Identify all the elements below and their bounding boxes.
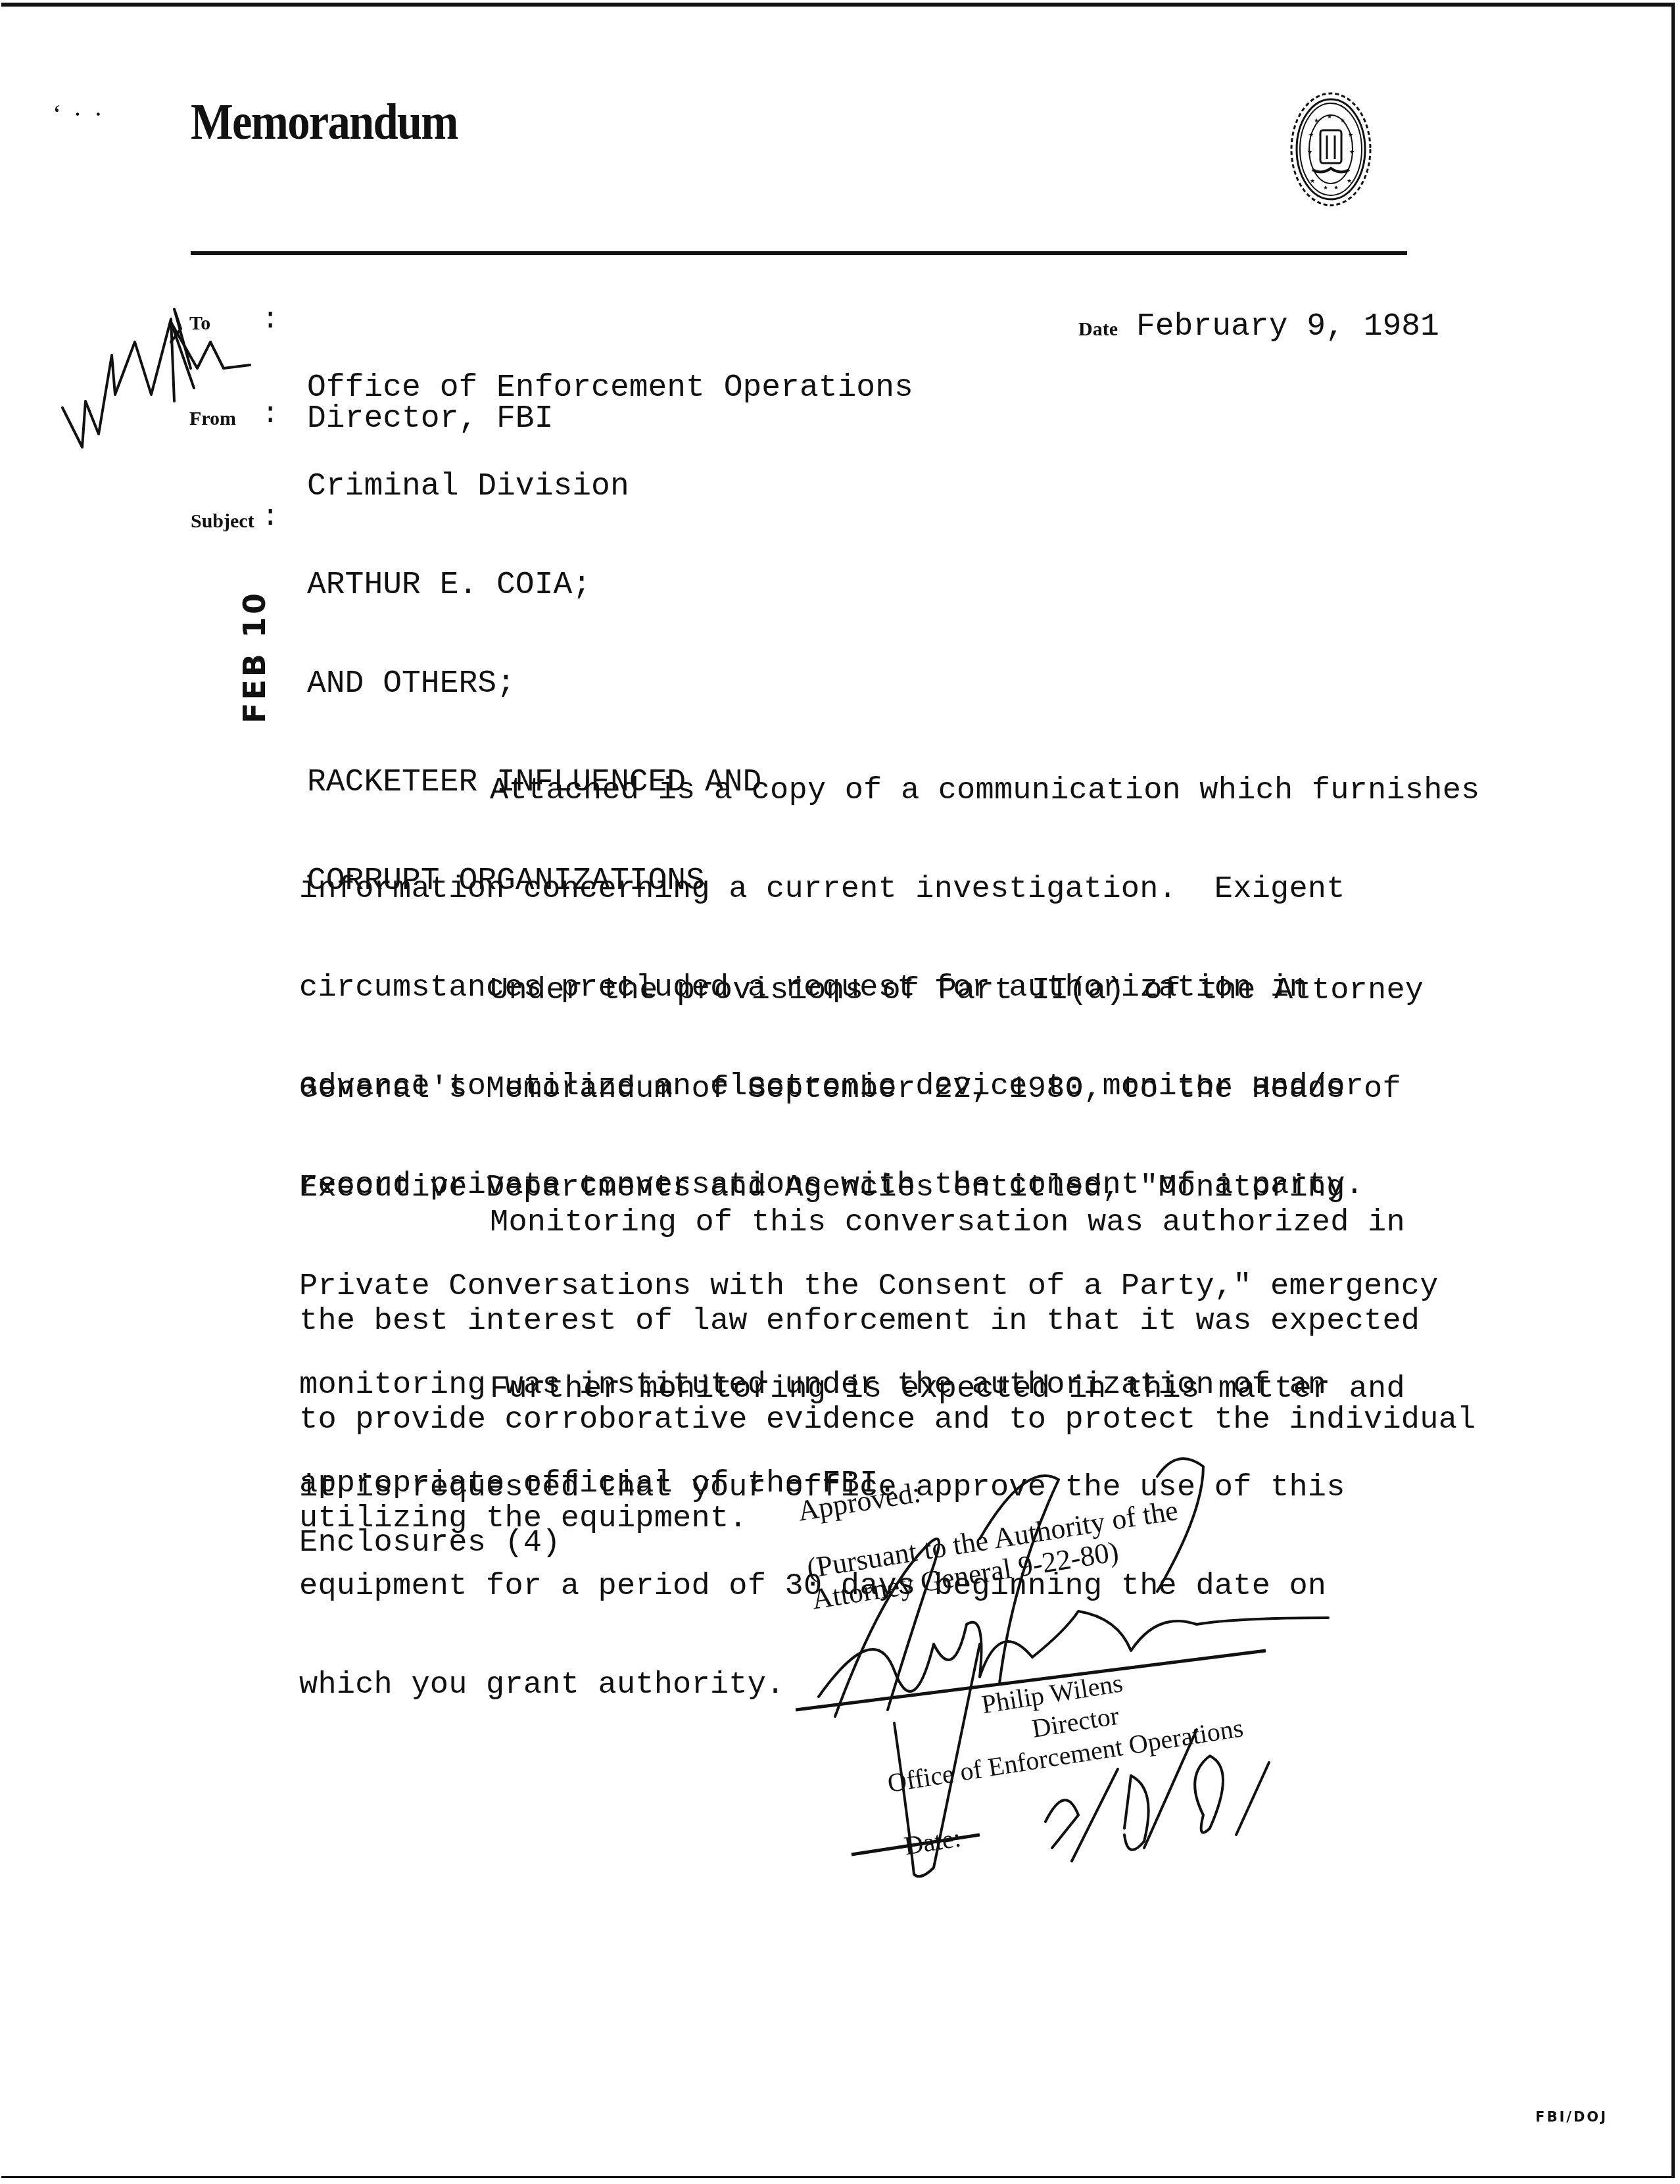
- to-line: Criminal Division: [307, 470, 913, 503]
- body-line: Attached is a copy of a communication wh…: [299, 775, 1479, 808]
- date-label: Date: [1078, 318, 1118, 341]
- from-colon: :: [262, 399, 279, 431]
- memo-title: Memorandum: [191, 92, 458, 151]
- from-label: From: [189, 408, 236, 430]
- date-value: February 9, 1981: [1136, 310, 1439, 343]
- svg-text:★: ★: [1347, 178, 1352, 185]
- svg-text:★: ★: [1307, 149, 1312, 156]
- body-line: Further monitoring is expected in this m…: [299, 1373, 1405, 1406]
- svg-text:★: ★: [1333, 185, 1339, 191]
- subject-line: AND OTHERS;: [307, 667, 761, 700]
- to-colon: :: [262, 304, 279, 337]
- subject-label: Subject: [191, 510, 254, 533]
- approval-block: Approved: (Pursuant to the Authority of …: [796, 1433, 1255, 1870]
- from-value: Director, FBI: [307, 402, 553, 435]
- svg-text:★: ★: [1349, 149, 1355, 156]
- fbi-seal-icon: ★★★ ★★ ★★ ★★ ★★: [1289, 91, 1373, 208]
- body-line: General's Memorandum of September 22, 19…: [299, 1073, 1439, 1106]
- header-rule: [191, 251, 1407, 255]
- svg-text:★: ★: [1327, 114, 1332, 120]
- body-line: information concerning a current investi…: [299, 873, 1479, 906]
- received-date-stamp: FEB 10: [237, 591, 272, 723]
- to-label: To: [189, 312, 210, 335]
- svg-text:★: ★: [1314, 118, 1319, 124]
- to-line: Office of Enforcement Operations: [307, 372, 913, 404]
- svg-text:★: ★: [1310, 178, 1315, 185]
- svg-text:★: ★: [1323, 185, 1328, 191]
- svg-text:★: ★: [1340, 118, 1345, 124]
- subject-line: ARTHUR E. COIA;: [307, 569, 761, 602]
- enclosures-note: Enclosures (4): [299, 1527, 561, 1560]
- body-line: Under the provisions of Part II(a) of th…: [299, 975, 1439, 1007]
- body-line: Monitoring of this conversation was auth…: [299, 1207, 1476, 1240]
- footer-tag: FBI/DOJ: [1535, 2109, 1608, 2125]
- svg-text:★: ★: [1308, 132, 1314, 139]
- stray-marks: ‘··: [53, 99, 114, 130]
- subject-colon: :: [262, 501, 279, 534]
- svg-text:★: ★: [1348, 132, 1353, 139]
